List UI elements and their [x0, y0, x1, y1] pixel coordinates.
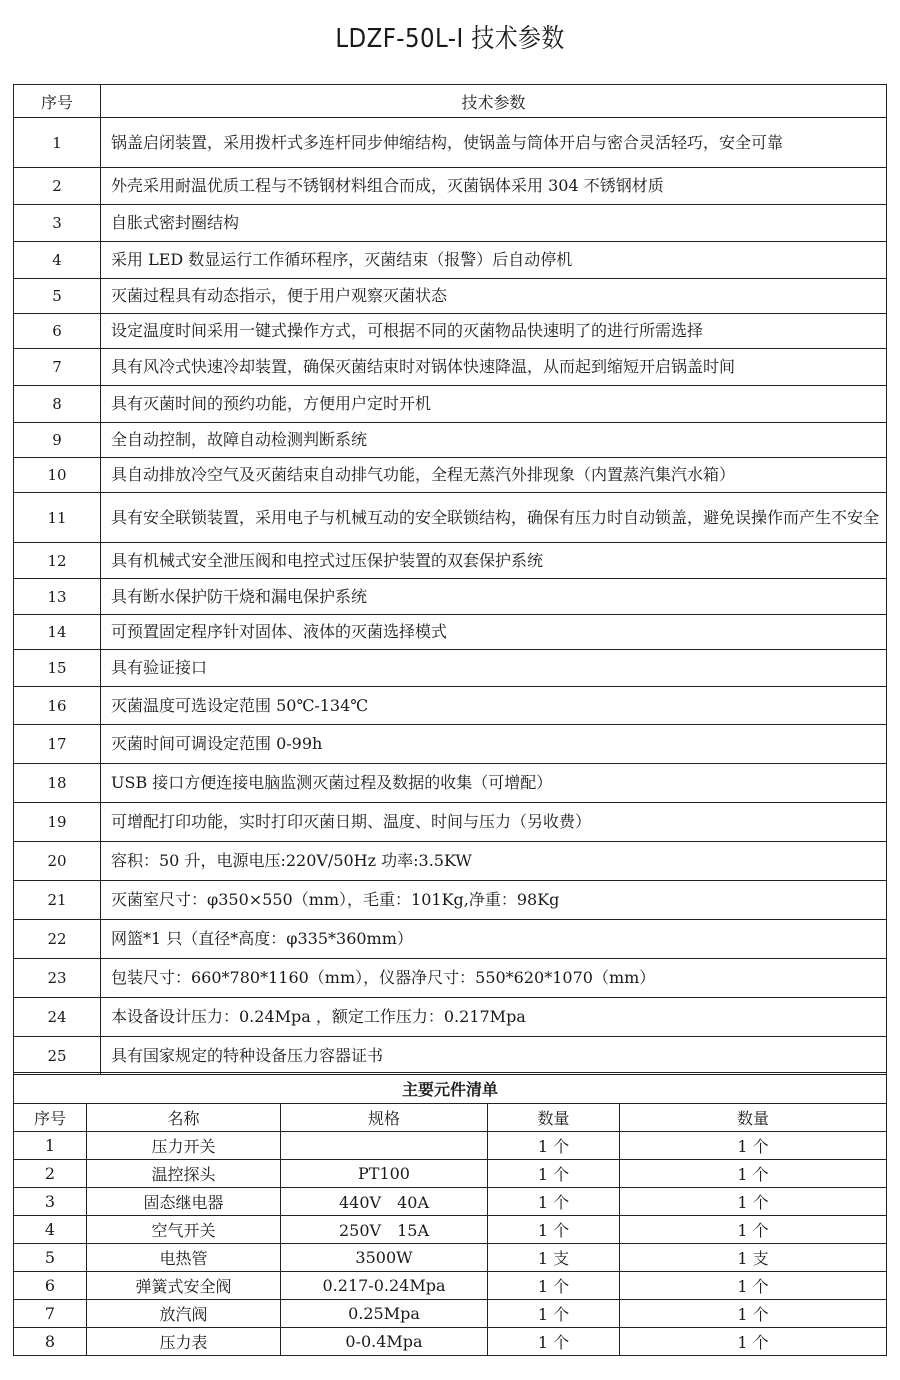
spec-row-text: 具自动排放冷空气及灭菌结束自动排气功能，全程无蒸汽外排现象（内置蒸汽集汽水箱）	[101, 458, 887, 493]
part-qty-2: 1 个	[620, 1188, 887, 1216]
spec-row: 1锅盖启闭装置，采用拨杆式多连杆同步伸缩结构，使锅盖与筒体开启与密合灵活轻巧，安…	[14, 118, 887, 168]
spec-row: 8具有灭菌时间的预约功能，方便用户定时开机	[14, 386, 887, 423]
part-name: 温控探头	[87, 1160, 281, 1188]
part-index: 1	[14, 1132, 87, 1160]
part-name: 放汽阀	[87, 1300, 281, 1328]
part-spec: 250V 15A	[281, 1216, 488, 1244]
part-spec: PT100	[281, 1160, 488, 1188]
parts-header-qty-2: 数量	[620, 1104, 887, 1132]
technical-spec-table: 序号 技术参数 1锅盖启闭装置，采用拨杆式多连杆同步伸缩结构，使锅盖与筒体开启与…	[13, 84, 887, 1075]
part-index: 2	[14, 1160, 87, 1188]
spec-row-text: 灭菌时间可调设定范围 0-99h	[101, 725, 887, 764]
spec-row-text: 可增配打印功能，实时打印灭菌日期、温度、时间与压力（另收费）	[101, 803, 887, 842]
spec-row-text: 全自动控制，故障自动检测判断系统	[101, 423, 887, 458]
spec-row-text: 外壳采用耐温优质工程与不锈钢材料组合而成，灭菌锅体采用 304 不锈钢材质	[101, 168, 887, 205]
spec-row-text: 采用 LED 数显运行工作循环程序，灭菌结束（报警）后自动停机	[101, 242, 887, 279]
parts-caption: 主要元件清单	[14, 1073, 887, 1104]
spec-row-text: 容积：50 升，电源电压:220V/50Hz 功率:3.5KW	[101, 842, 887, 881]
part-index: 3	[14, 1188, 87, 1216]
spec-row-index: 8	[14, 386, 101, 423]
part-index: 6	[14, 1272, 87, 1300]
spec-row: 18USB 接口方便连接电脑监测灭菌过程及数据的收集（可增配）	[14, 764, 887, 803]
part-qty: 1 个	[488, 1300, 620, 1328]
parts-header-name: 名称	[87, 1104, 281, 1132]
spec-row-index: 14	[14, 615, 101, 650]
parts-caption-row: 主要元件清单	[14, 1073, 887, 1104]
spec-row: 15具有验证接口	[14, 650, 887, 687]
part-qty: 1 个	[488, 1272, 620, 1300]
spec-row-index: 22	[14, 920, 101, 959]
spec-row: 9全自动控制，故障自动检测判断系统	[14, 423, 887, 458]
parts-header-spec: 规格	[281, 1104, 488, 1132]
spec-row: 16灭菌温度可选设定范围 50℃-134℃	[14, 687, 887, 725]
spec-row-index: 3	[14, 205, 101, 242]
part-index: 4	[14, 1216, 87, 1244]
part-spec: 0.217-0.24Mpa	[281, 1272, 488, 1300]
spec-row: 17灭菌时间可调设定范围 0-99h	[14, 725, 887, 764]
part-qty-2: 1 个	[620, 1328, 887, 1356]
part-spec: 440V 40A	[281, 1188, 488, 1216]
part-name: 固态继电器	[87, 1188, 281, 1216]
spec-row-text: 锅盖启闭装置，采用拨杆式多连杆同步伸缩结构，使锅盖与筒体开启与密合灵活轻巧，安全…	[101, 118, 887, 168]
parts-row: 5电热管3500W1 支1 支	[14, 1244, 887, 1272]
spec-row: 25具有国家规定的特种设备压力容器证书	[14, 1037, 887, 1075]
spec-row-index: 9	[14, 423, 101, 458]
spec-row-index: 23	[14, 959, 101, 998]
spec-row-index: 12	[14, 543, 101, 579]
spec-row-index: 20	[14, 842, 101, 881]
part-name: 压力表	[87, 1328, 281, 1356]
spec-row-index: 7	[14, 349, 101, 386]
spec-row-text: 灭菌温度可选设定范围 50℃-134℃	[101, 687, 887, 725]
spec-row: 24本设备设计压力：0.24Mpa ，额定工作压力：0.217Mpa	[14, 998, 887, 1037]
spec-row-index: 18	[14, 764, 101, 803]
part-name: 压力开关	[87, 1132, 281, 1160]
spec-row-index: 19	[14, 803, 101, 842]
spec-row-index: 10	[14, 458, 101, 493]
spec-row: 7具有风冷式快速冷却装置，确保灭菌结束时对锅体快速降温，从而起到缩短开启锅盖时间	[14, 349, 887, 386]
spec-row-index: 17	[14, 725, 101, 764]
part-qty: 1 个	[488, 1132, 620, 1160]
parts-list-table: 主要元件清单 序号 名称 规格 数量 数量 1压力开关1 个1 个2温控探头PT…	[13, 1072, 887, 1356]
spec-row-text: 网篮*1 只（直径*高度：φ335*360mm）	[101, 920, 887, 959]
parts-row: 8压力表0-0.4Mpa1 个1 个	[14, 1328, 887, 1356]
spec-row: 22网篮*1 只（直径*高度：φ335*360mm）	[14, 920, 887, 959]
parts-row: 4空气开关250V 15A1 个1 个	[14, 1216, 887, 1244]
spec-row-index: 11	[14, 493, 101, 543]
spec-table-header: 序号 技术参数	[14, 85, 887, 118]
spec-row: 2外壳采用耐温优质工程与不锈钢材料组合而成，灭菌锅体采用 304 不锈钢材质	[14, 168, 887, 205]
part-qty: 1 支	[488, 1244, 620, 1272]
spec-row-text: 具有验证接口	[101, 650, 887, 687]
spec-row: 20容积：50 升，电源电压:220V/50Hz 功率:3.5KW	[14, 842, 887, 881]
parts-header-index: 序号	[14, 1104, 87, 1132]
part-spec: 0.25Mpa	[281, 1300, 488, 1328]
part-qty-2: 1 个	[620, 1160, 887, 1188]
spec-row-index: 4	[14, 242, 101, 279]
spec-row-index: 16	[14, 687, 101, 725]
spec-row-text: 自胀式密封圈结构	[101, 205, 887, 242]
spec-row-index: 15	[14, 650, 101, 687]
spec-row: 12具有机械式安全泄压阀和电控式过压保护装置的双套保护系统	[14, 543, 887, 579]
part-qty-2: 1 个	[620, 1272, 887, 1300]
spec-row-text: 灭菌过程具有动态指示，便于用户观察灭菌状态	[101, 279, 887, 314]
parts-header-qty: 数量	[488, 1104, 620, 1132]
part-qty: 1 个	[488, 1216, 620, 1244]
spec-row-text: 具有灭菌时间的预约功能，方便用户定时开机	[101, 386, 887, 423]
spec-row: 5灭菌过程具有动态指示，便于用户观察灭菌状态	[14, 279, 887, 314]
part-qty-2: 1 支	[620, 1244, 887, 1272]
spec-row: 21灭菌室尺寸：φ350×550（mm），毛重：101Kg,净重：98Kg	[14, 881, 887, 920]
spec-row-index: 13	[14, 579, 101, 615]
part-name: 空气开关	[87, 1216, 281, 1244]
part-qty-2: 1 个	[620, 1300, 887, 1328]
spec-row-index: 21	[14, 881, 101, 920]
spec-row: 3自胀式密封圈结构	[14, 205, 887, 242]
spec-row-index: 1	[14, 118, 101, 168]
spec-row-text: 具有机械式安全泄压阀和电控式过压保护装置的双套保护系统	[101, 543, 887, 579]
spec-row: 19可增配打印功能，实时打印灭菌日期、温度、时间与压力（另收费）	[14, 803, 887, 842]
parts-row: 1压力开关1 个1 个	[14, 1132, 887, 1160]
part-qty-2: 1 个	[620, 1132, 887, 1160]
part-index: 8	[14, 1328, 87, 1356]
spec-row-text: USB 接口方便连接电脑监测灭菌过程及数据的收集（可增配）	[101, 764, 887, 803]
part-qty-2: 1 个	[620, 1216, 887, 1244]
part-qty: 1 个	[488, 1188, 620, 1216]
spec-row-text: 具有风冷式快速冷却装置，确保灭菌结束时对锅体快速降温，从而起到缩短开启锅盖时间	[101, 349, 887, 386]
spec-row-text: 灭菌室尺寸：φ350×550（mm），毛重：101Kg,净重：98Kg	[101, 881, 887, 920]
header-index: 序号	[14, 85, 101, 118]
part-index: 7	[14, 1300, 87, 1328]
spec-row: 14可预置固定程序针对固体、液体的灭菌选择模式	[14, 615, 887, 650]
spec-row-index: 5	[14, 279, 101, 314]
part-qty: 1 个	[488, 1328, 620, 1356]
part-name: 电热管	[87, 1244, 281, 1272]
spec-row-text: 具有安全联锁装置，采用电子与机械互动的安全联锁结构，确保有压力时自动锁盖，避免误…	[101, 493, 887, 543]
spec-row: 10具自动排放冷空气及灭菌结束自动排气功能，全程无蒸汽外排现象（内置蒸汽集汽水箱…	[14, 458, 887, 493]
part-index: 5	[14, 1244, 87, 1272]
spec-row-index: 2	[14, 168, 101, 205]
document-title: LDZF-50L-I 技术参数	[54, 18, 846, 55]
part-qty: 1 个	[488, 1160, 620, 1188]
spec-row: 6设定温度时间采用一键式操作方式，可根据不同的灭菌物品快速明了的进行所需选择	[14, 314, 887, 349]
parts-row: 6弹簧式安全阀0.217-0.24Mpa1 个1 个	[14, 1272, 887, 1300]
parts-row: 2温控探头PT1001 个1 个	[14, 1160, 887, 1188]
spec-row-index: 6	[14, 314, 101, 349]
header-spec: 技术参数	[101, 85, 887, 118]
spec-row-index: 24	[14, 998, 101, 1037]
parts-row: 3固态继电器440V 40A1 个1 个	[14, 1188, 887, 1216]
spec-row: 4采用 LED 数显运行工作循环程序，灭菌结束（报警）后自动停机	[14, 242, 887, 279]
spec-row: 11具有安全联锁装置，采用电子与机械互动的安全联锁结构，确保有压力时自动锁盖，避…	[14, 493, 887, 543]
parts-row: 7放汽阀0.25Mpa1 个1 个	[14, 1300, 887, 1328]
part-spec: 0-0.4Mpa	[281, 1328, 488, 1356]
spec-row: 13具有断水保护防干烧和漏电保护系统	[14, 579, 887, 615]
parts-header-row: 序号 名称 规格 数量 数量	[14, 1104, 887, 1132]
spec-row-text: 具有断水保护防干烧和漏电保护系统	[101, 579, 887, 615]
spec-row-text: 设定温度时间采用一键式操作方式，可根据不同的灭菌物品快速明了的进行所需选择	[101, 314, 887, 349]
part-spec: 3500W	[281, 1244, 488, 1272]
part-spec	[281, 1132, 488, 1160]
spec-row-text: 可预置固定程序针对固体、液体的灭菌选择模式	[101, 615, 887, 650]
part-name: 弹簧式安全阀	[87, 1272, 281, 1300]
spec-row-text: 具有国家规定的特种设备压力容器证书	[101, 1037, 887, 1075]
spec-row: 23包装尺寸：660*780*1160（mm），仪器净尺寸：550*620*10…	[14, 959, 887, 998]
spec-row-index: 25	[14, 1037, 101, 1075]
spec-row-text: 包装尺寸：660*780*1160（mm），仪器净尺寸：550*620*1070…	[101, 959, 887, 998]
spec-row-text: 本设备设计压力：0.24Mpa ，额定工作压力：0.217Mpa	[101, 998, 887, 1037]
